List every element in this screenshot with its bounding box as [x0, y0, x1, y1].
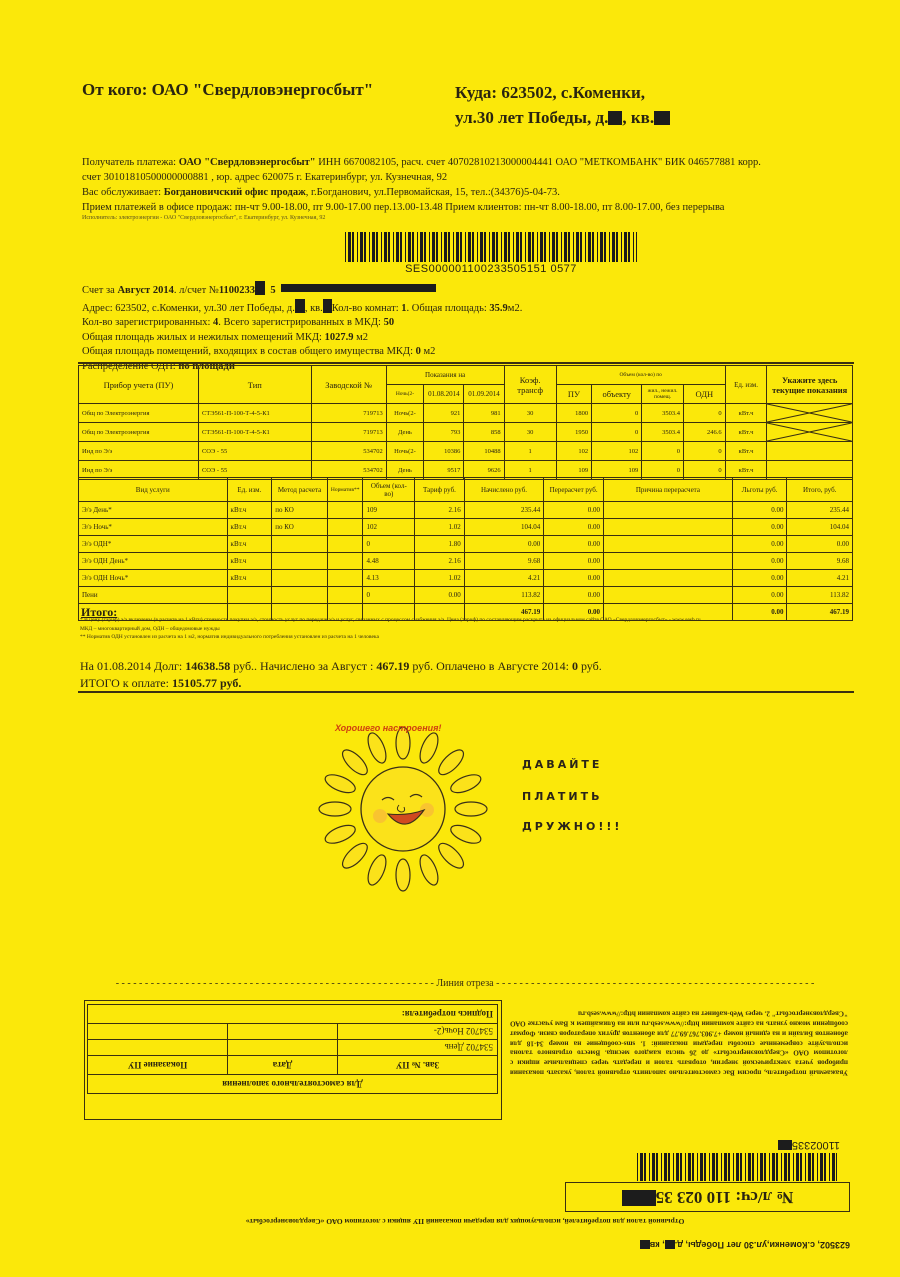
reading-field[interactable]: [88, 1024, 228, 1040]
slogan-line-2: ПЛАТИТЬ: [522, 790, 602, 803]
redacted-house: [608, 111, 622, 125]
instructions: Уважаемый потребитель, просим Вас самост…: [510, 1008, 848, 1077]
account-info: Счет за Август 2014. л/счет №1100233 5 А…: [82, 281, 522, 374]
tear-barcode-number: 11002335: [700, 1139, 840, 1151]
current-reading-cell[interactable]: [767, 442, 853, 461]
signature-field[interactable]: Подпись потребителя:: [88, 1005, 498, 1024]
balance-summary: На 01.08.2014 Долг: 14638.58 руб.. Начис…: [80, 659, 602, 674]
footnotes: * В цену (тариф) э/э включены (в расчете…: [80, 616, 850, 642]
current-reading-cell: [767, 423, 853, 442]
cross-out-icon: [767, 423, 852, 441]
cross-out-icon: [767, 404, 852, 422]
date-field[interactable]: [228, 1024, 338, 1040]
self-fill-row: 534702 День: [88, 1040, 498, 1056]
tear-barcode: [637, 1153, 837, 1181]
services-table: Вид услугиЕд. изм.Метод расчетаНорматив*…: [78, 477, 853, 621]
redacted-digits: [622, 1190, 656, 1206]
address-line-1: Куда: 623502, с.Коменки,: [455, 83, 645, 102]
meter-row: Общ по ЭлектроэнергияСТЭ561-П-100-Т-4-5-…: [79, 404, 853, 423]
service-row: Э/э Ночь*кВт.чпо КО1021.02104.040.000.00…: [79, 519, 853, 536]
reading-field[interactable]: [88, 1040, 228, 1056]
payee-info: Получатель платежа: ОАО "Свердловэнергос…: [82, 155, 842, 215]
meter-row: Инд по Э/эСОЭ - 55534702Ночь(2-103861048…: [79, 442, 853, 461]
self-fill-row: 534702 Ночь(2-: [88, 1024, 498, 1040]
current-reading-cell: [767, 404, 853, 423]
barcode-number: SES000001100233505151 0577: [345, 263, 637, 275]
cut-line: - - - - - - - - - - - - - - - - - - - - …: [80, 978, 850, 989]
redacted-digits: [255, 281, 265, 295]
redacted-house: [295, 299, 305, 313]
account-number-box: № л/сч: 110 023 35: [565, 1182, 850, 1212]
date-field[interactable]: [228, 1040, 338, 1056]
divider: [78, 362, 854, 364]
recipient-address: Куда: 623502, с.Коменки, ул.30 лет Побед…: [455, 80, 670, 130]
address-line-2: ул.30 лет Победы, д., кв.: [455, 105, 670, 130]
total-due: ИТОГО к оплате: 15105.77 руб.: [80, 676, 241, 691]
redacted-name: [281, 284, 436, 292]
divider: [78, 691, 854, 693]
meters-table: Прибор учета (ПУ) Тип Заводской № Показа…: [78, 365, 853, 480]
barcode: [345, 232, 637, 262]
service-row: Э/э ОДН*кВт.ч01.800.000.000.000.00: [79, 536, 853, 553]
tear-address: 623502, с.Коменки,ул.30 лет Победы, д., …: [560, 1240, 850, 1250]
sun-caption: Хорошего настроения!: [335, 723, 441, 733]
redacted-digits: [778, 1140, 792, 1150]
meter-row: Общ по ЭлектроэнергияСТЭ561-П-100-Т-4-5-…: [79, 423, 853, 442]
redacted-apartment: [323, 299, 332, 313]
tear-off-note: Отрывной талон для потребителей, использ…: [75, 1217, 855, 1226]
service-row: Э/э День*кВт.чпо КО1092.16235.440.000.00…: [79, 502, 853, 519]
service-row: Э/э ОДН Ночь*кВт.ч4.131.024.210.000.004.…: [79, 570, 853, 587]
service-row: Пени00.00113.820.000.00113.82: [79, 587, 853, 604]
redacted-apartment: [640, 1240, 650, 1249]
sender: От кого: ОАО "Свердловэнергосбыт": [82, 80, 373, 100]
redacted-house: [665, 1240, 675, 1249]
executor-note: Исполнитель: электроэнергии - ОАО "Сверд…: [82, 215, 325, 221]
slogan-line-1: ДАВАЙТЕ: [522, 758, 602, 771]
slogan-line-3: ДРУЖНО!!!: [522, 820, 622, 833]
smiling-sun-illustration: [310, 712, 495, 892]
self-fill-table: Для самостоятельного заполнения Зав. № П…: [87, 1004, 498, 1094]
service-row: Э/э ОДН День*кВт.ч4.482.169.680.000.009.…: [79, 553, 853, 570]
redacted-apartment: [654, 111, 670, 125]
